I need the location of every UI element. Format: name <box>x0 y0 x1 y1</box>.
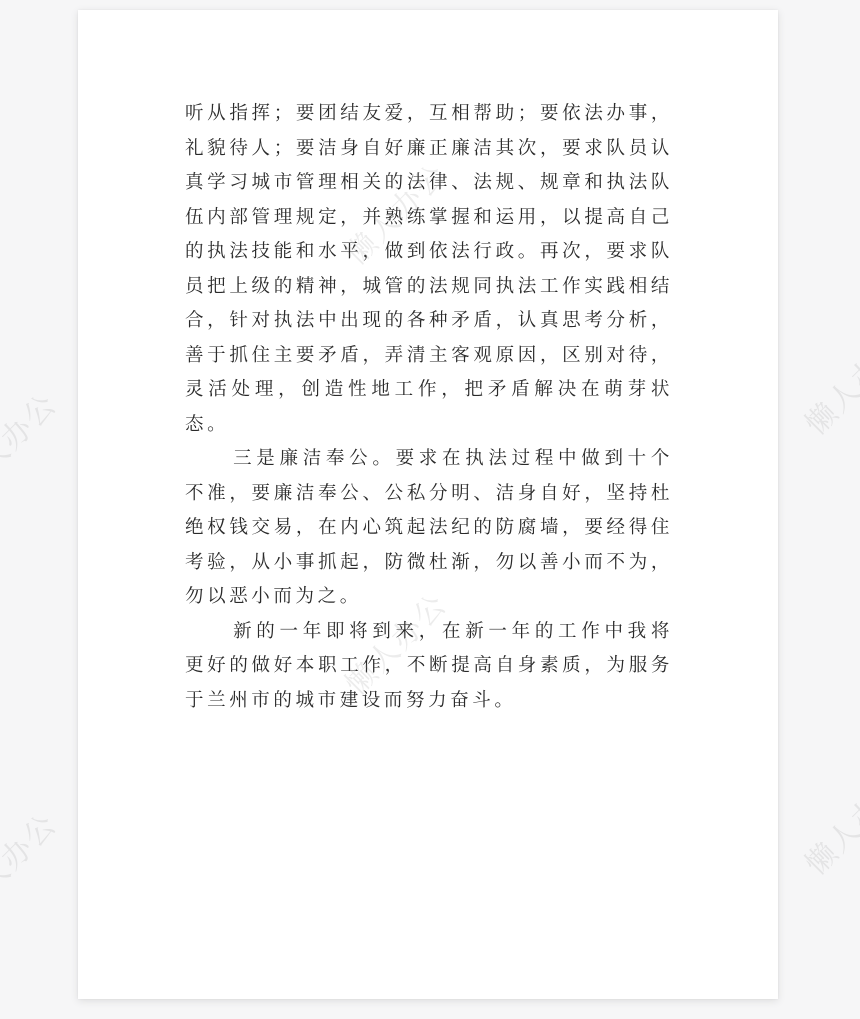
watermark-text: 懒人办公 <box>0 381 65 503</box>
watermark-text: 懒人办公 <box>793 321 860 443</box>
watermark-text: 懒人办公 <box>0 801 65 923</box>
page-content: 听从指挥；要团结友爱，互相帮助；要依法办事，礼貌待人；要洁身自好廉正廉洁其次，要… <box>185 97 673 718</box>
watermark-text: 懒人办公 <box>793 761 860 883</box>
paragraph-continuation: 听从指挥；要团结友爱，互相帮助；要依法办事，礼貌待人；要洁身自好廉正廉洁其次，要… <box>185 97 673 442</box>
document-viewer: 听从指挥；要团结友爱，互相帮助；要依法办事，礼貌待人；要洁身自好廉正廉洁其次，要… <box>0 0 860 1019</box>
paragraph-integrity: 三是廉洁奉公。要求在执法过程中做到十个不准，要廉洁奉公、公私分明、洁身自好，坚持… <box>185 442 673 615</box>
document-page: 听从指挥；要团结友爱，互相帮助；要依法办事，礼貌待人；要洁身自好廉正廉洁其次，要… <box>78 10 778 999</box>
paragraph-closing: 新的一年即将到来，在新一年的工作中我将更好的做好本职工作，不断提高自身素质，为服… <box>185 615 673 719</box>
